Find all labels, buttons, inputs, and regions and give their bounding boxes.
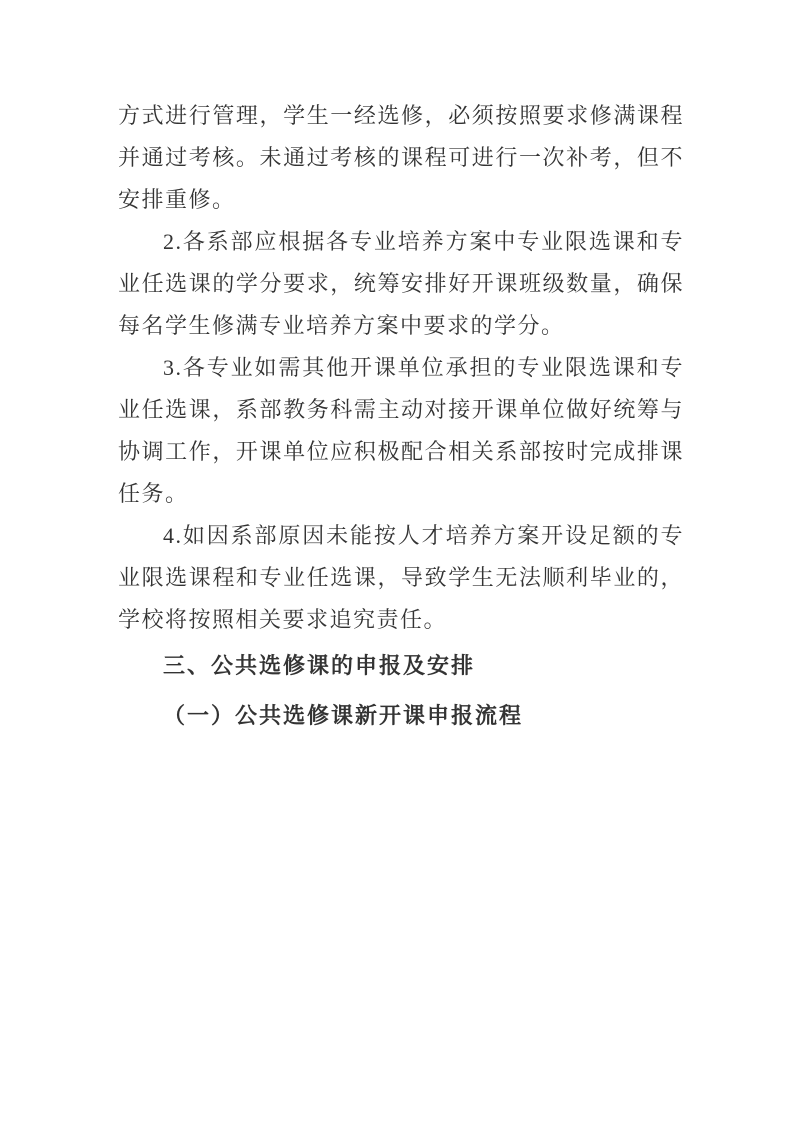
document-page: 方式进行管理，学生一经选修，必须按照要求修满课程并通过考核。未通过考核的课程可进… xyxy=(0,0,792,1121)
body-paragraph-item-3: 3.各专业如需其他开课单位承担的专业限选课和专业任选课，系部教务科需主动对接开课… xyxy=(118,347,684,515)
page-text-content: 方式进行管理，学生一经选修，必须按照要求修满课程并通过考核。未通过考核的课程可进… xyxy=(118,95,684,741)
body-paragraph-continuation: 方式进行管理，学生一经选修，必须按照要求修满课程并通过考核。未通过考核的课程可进… xyxy=(118,95,684,221)
body-paragraph-item-2: 2.各系部应根据各专业培养方案中专业限选课和专业任选课的学分要求，统筹安排好开课… xyxy=(118,221,684,347)
body-paragraph-item-4: 4.如因系部原因未能按人才培养方案开设足额的专业限选课程和专业任选课，导致学生无… xyxy=(118,515,684,641)
section-heading-three: 三、公共选修课的申报及安排 xyxy=(118,641,684,691)
subsection-heading-one: （一）公共选修课新开课申报流程 xyxy=(118,691,684,741)
